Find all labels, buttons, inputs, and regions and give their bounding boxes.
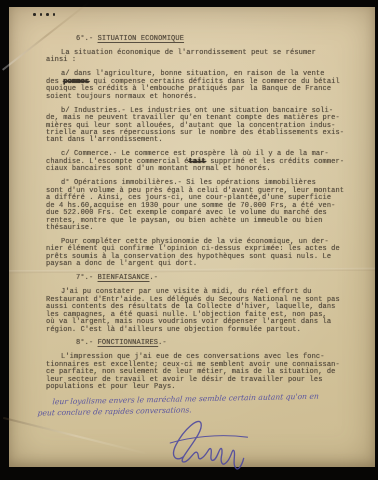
text-line: 6°.- SITUATION ECONOMIQUE [76,36,358,43]
paragraph: J'ai pu constater par une visite à midi,… [46,289,358,334]
typewritten-body: 6°.- SITUATION ECONOMIQUELa situation éc… [46,36,358,398]
text-segment: .- [149,274,158,282]
text-line: La situation économique de l'arrondissem… [46,50,358,57]
section-heading: 8°.- FONCTIONNAIRES.- [76,340,358,347]
text-line: ciaux bancaires sont d'un montant normal… [46,166,358,173]
registration-dots [33,13,55,16]
signature [148,414,260,472]
text-segment: populations et pour leur Pays. [46,383,176,391]
paper-crease [3,417,149,455]
photo-background: { "page": { "background": "#070605", "pa… [0,0,378,480]
text-segment: thésaurise. [46,224,94,232]
section-heading: 6°.- SITUATION ECONOMIQUE [76,36,358,43]
text-line: région. C'est là d'ailleurs une objectio… [46,327,358,334]
text-line: 7°.- BIENFAISANCE.- [76,275,358,282]
paragraph: b/ Industries.- Les industries ont une s… [46,108,358,145]
text-line: thésaurise. [46,225,358,232]
signature-flourish-icon [148,414,260,472]
text-line: ainsi : [46,57,358,64]
text-line: tant dans l'arrondissement. [46,137,358,144]
text-segment: ainsi : [46,56,76,64]
underlined-text: BIENFAISANCE [98,274,150,282]
dot-icon [40,13,43,16]
text-segment: 6°.- [76,35,98,43]
text-line: 8°.- FONCTIONNAIRES.- [76,340,358,347]
underlined-text: FONCTIONNAIRES [98,339,159,347]
text-segment: ciaux bancaires sont d'un montant normal… [46,165,271,173]
document-page: 6°.- SITUATION ECONOMIQUELa situation éc… [9,7,375,467]
dot-icon [53,13,56,16]
paragraph: a/ dans l'agriculture, bonne situation, … [46,71,358,101]
text-segment: région. C'est là d'ailleurs une objectio… [46,326,301,334]
paragraph: Pour compléter cette physionomie de la v… [46,239,358,269]
section-heading: 7°.- BIENFAISANCE.- [76,275,358,282]
paragraph: d° Opérations immobilières.- Si les opér… [46,180,358,232]
underlined-text: SITUATION ECONOMIQUE [98,35,184,43]
dot-icon [46,13,49,16]
dot-icon [33,13,36,16]
paragraph: L'impression que j'ai eue de ces convers… [46,354,358,391]
text-segment: La situation économique de l'arrondissem… [61,49,316,57]
text-segment: 8°.- [76,339,98,347]
paragraph: La situation économique de l'arrondissem… [46,50,358,65]
text-line: paysan a donc de l'argent qui dort. [46,261,358,268]
text-line: soient toujours normaux et honorés. [46,94,358,101]
text-segment: 7°.- [76,274,98,282]
text-segment: soient toujours normaux et honorés. [46,93,197,101]
text-segment: paysan a donc de l'argent qui dort. [46,260,197,268]
text-segment: tant dans l'arrondissement. [46,136,163,144]
paragraph: c/ Commerce.- Le commerce est prospère l… [46,151,358,173]
text-segment: .- [158,339,167,347]
